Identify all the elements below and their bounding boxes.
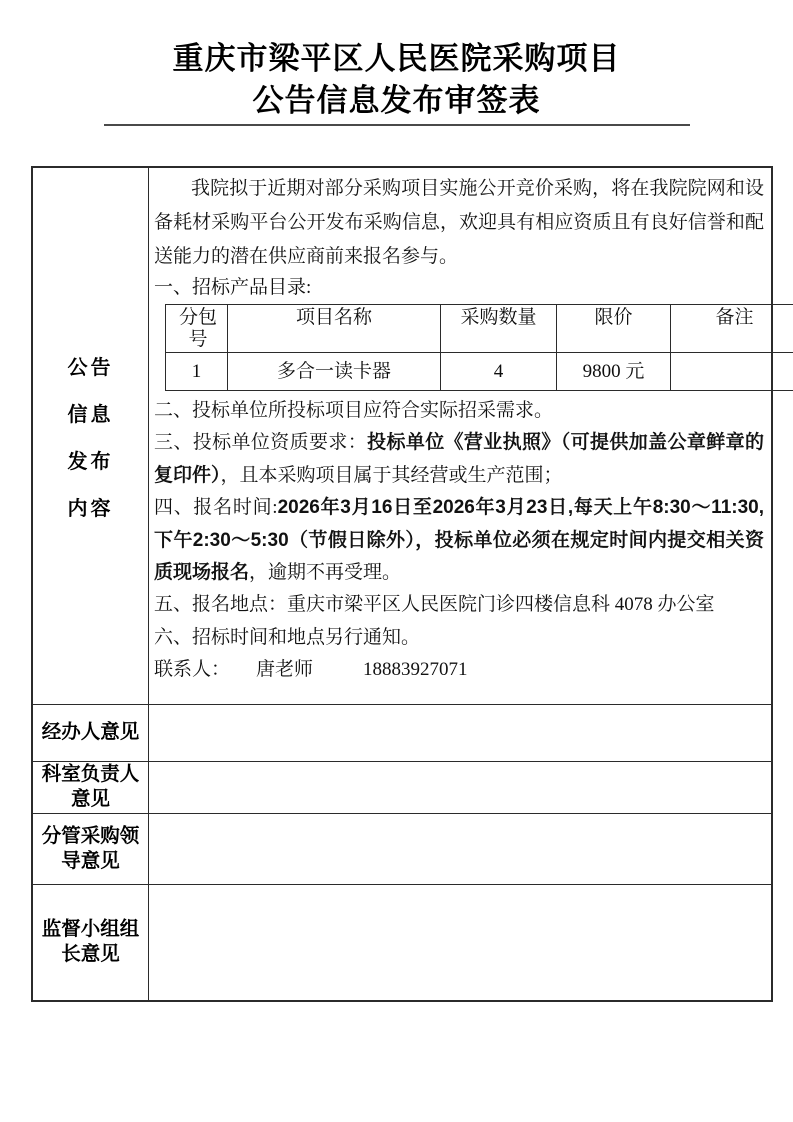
dept-head-opinion-cell	[149, 761, 773, 813]
requirement-sections: 二、投标单位所投标项目应符合实际招采需求。 三、投标单位资质要求：投标单位《营业…	[154, 395, 764, 687]
signature-row-procurement-leader: 分管采购领导意见	[32, 813, 772, 884]
document-page: 重庆市梁平区人民医院采购项目 公告信息发布审签表 公告 信息 发布 内容 我院拟…	[0, 0, 793, 1122]
requirement-item-6: 六、招标时间和地点另行通知。	[154, 622, 764, 654]
header-package-no: 分包号	[166, 305, 228, 353]
header-quantity: 采购数量	[441, 305, 557, 353]
contact-line: 联系人：唐老师18883927071	[154, 654, 764, 686]
supervision-leader-opinion-label: 监督小组组长意见	[32, 884, 149, 1001]
cell-package-no: 1	[166, 353, 228, 391]
product-catalog-table: 分包号 项目名称 采购数量 限价 备注 1 多合一读卡器	[165, 304, 793, 391]
notice-content-label-cell: 公告 信息 发布 内容	[32, 167, 149, 704]
contact-phone: 18883927071	[363, 659, 468, 680]
page-title: 重庆市梁平区人民医院采购项目	[0, 42, 793, 76]
dept-head-opinion-label: 科室负责人意见	[32, 761, 149, 813]
item4-prefix: 四、报名时间:	[154, 497, 278, 518]
header-item-name: 项目名称	[228, 305, 441, 353]
requirement-item-4: 四、报名时间:2026年3月16日至2026年3月23日,每天上午8:30～11…	[154, 492, 764, 589]
cell-quantity: 4	[441, 353, 557, 391]
cell-price-limit: 9800 元	[557, 353, 671, 391]
product-table-row: 1 多合一读卡器 4 9800 元	[166, 353, 793, 391]
intro-paragraph: 我院拟于近期对部分采购项目实施公开竞价采购，将在我院院网和设备耗材采购平台公开发…	[154, 172, 764, 274]
product-table-header-row: 分包号 项目名称 采购数量 限价 备注	[166, 305, 793, 353]
procurement-leader-opinion-label: 分管采购领导意见	[32, 813, 149, 884]
notice-content-cell: 我院拟于近期对部分采购项目实施公开竞价采购，将在我院院网和设备耗材采购平台公开发…	[149, 167, 773, 704]
contact-name: 唐老师	[256, 659, 313, 680]
requirement-item-5: 五、报名地点：重庆市梁平区人民医院门诊四楼信息科 4078 办公室	[154, 589, 764, 621]
cell-item-name: 多合一读卡器	[228, 353, 441, 391]
catalog-heading: 一、招标产品目录:	[154, 274, 764, 302]
item3-prefix: 三、投标单位资质要求：	[154, 432, 367, 453]
signature-row-operator: 经办人意见	[32, 704, 772, 761]
title-divider	[104, 124, 690, 126]
requirement-item-3: 三、投标单位资质要求：投标单位《营业执照》（可提供加盖公章鲜章的复印件），且本采…	[154, 427, 764, 492]
signature-row-supervision-leader: 监督小组组长意见	[32, 884, 772, 1001]
item3-suffix: ，且本采购项目属于其经营或生产范围；	[221, 465, 563, 486]
notice-label-word-2: 信息	[68, 398, 114, 427]
announcement-content-row: 公告 信息 发布 内容 我院拟于近期对部分采购项目实施公开竞价采购，将在我院院网…	[32, 167, 772, 704]
supervision-leader-opinion-cell	[149, 884, 773, 1001]
notice-label-word-3: 发布	[68, 445, 114, 474]
operator-opinion-label: 经办人意见	[32, 704, 149, 761]
cell-remark	[671, 353, 793, 391]
notice-content-label: 公告 信息 发布 内容	[33, 351, 148, 521]
notice-label-word-1: 公告	[68, 351, 114, 380]
operator-opinion-cell	[149, 704, 773, 761]
item4-suffix: ，逾期不再受理。	[249, 562, 401, 583]
procurement-leader-opinion-cell	[149, 813, 773, 884]
approval-form-table: 公告 信息 发布 内容 我院拟于近期对部分采购项目实施公开竞价采购，将在我院院网…	[31, 166, 773, 1002]
requirement-item-2: 二、投标单位所投标项目应符合实际招采需求。	[154, 395, 764, 427]
header-price-limit: 限价	[557, 305, 671, 353]
header-remark: 备注	[671, 305, 793, 353]
contact-label: 联系人：	[154, 659, 230, 680]
notice-label-word-4: 内容	[68, 492, 114, 521]
signature-row-dept-head: 科室负责人意见	[32, 761, 772, 813]
page-subtitle: 公告信息发布审签表	[0, 84, 793, 118]
